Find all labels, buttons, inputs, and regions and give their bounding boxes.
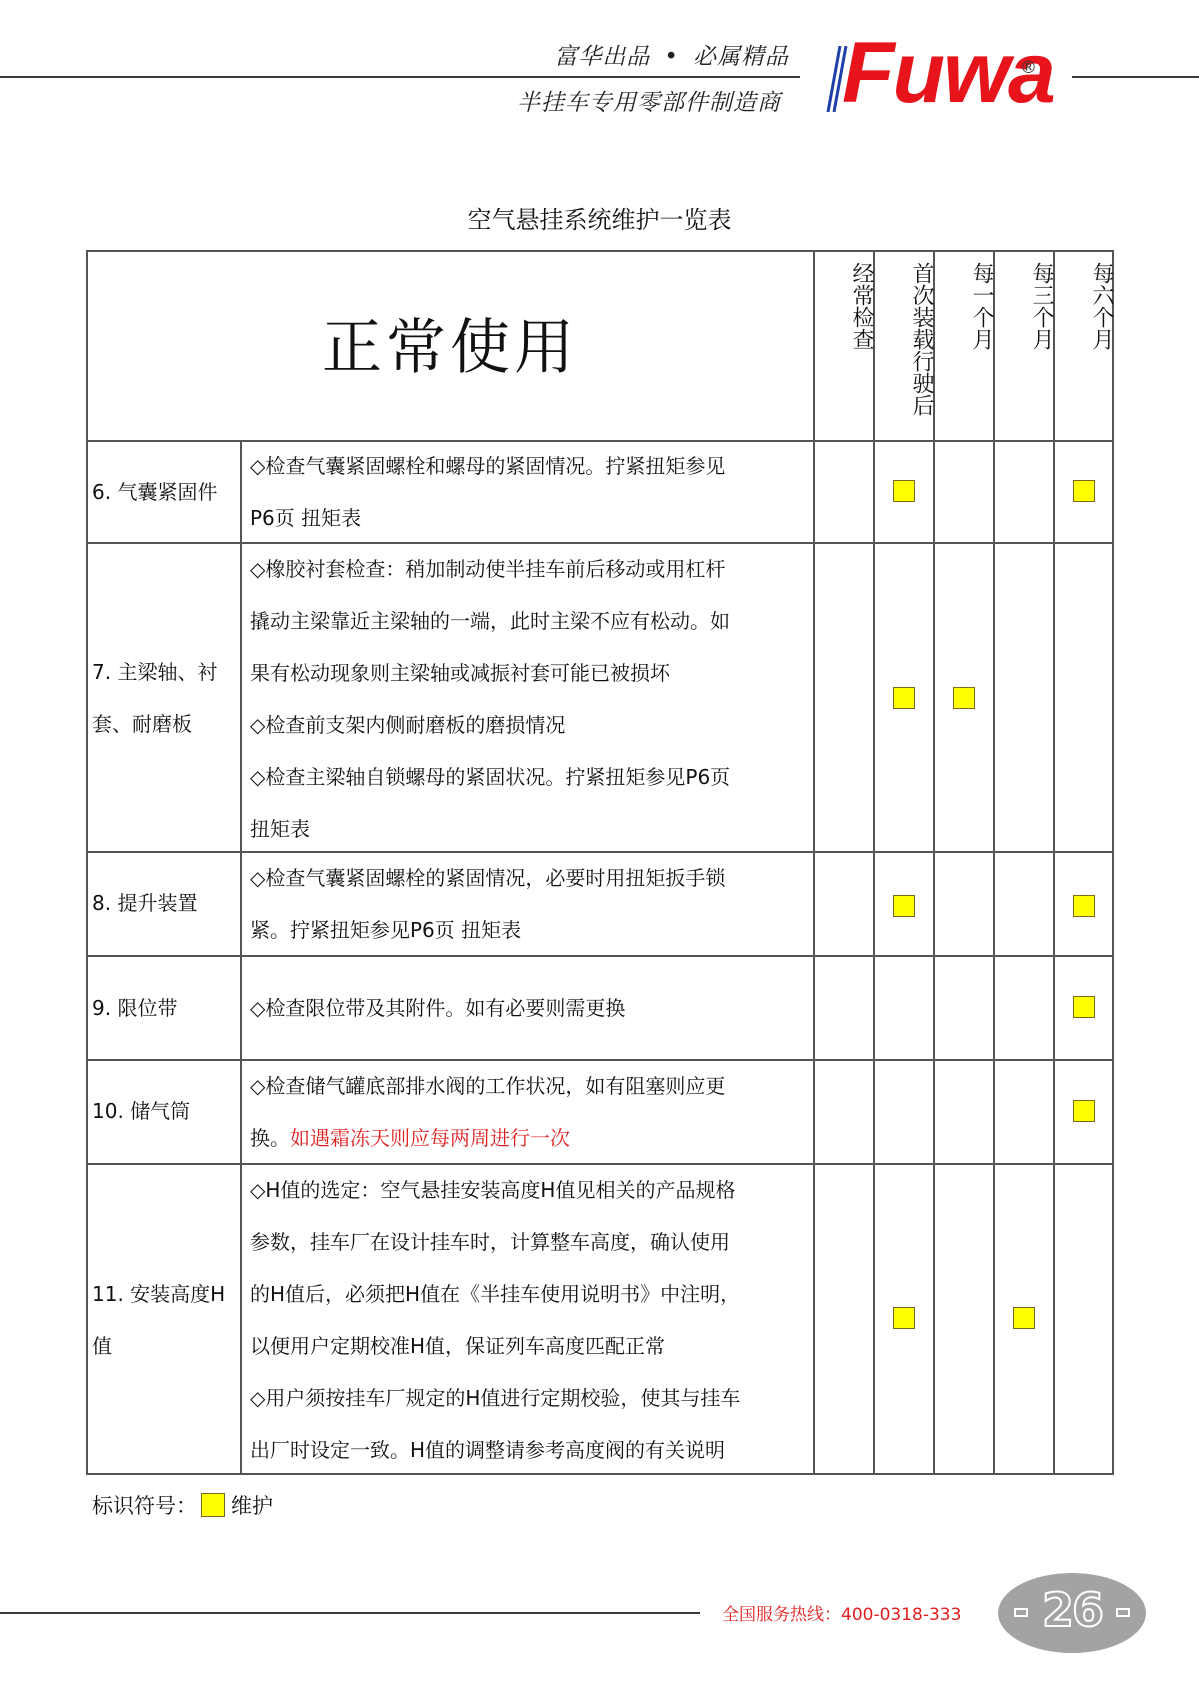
maintenance-mark xyxy=(1073,895,1095,917)
legend-mark-icon xyxy=(201,1493,225,1517)
service-hotline: 全国服务热线：400-0318-333 xyxy=(722,1600,961,1625)
item-text: 7. 主梁轴、衬套、耐磨板 xyxy=(92,660,217,736)
footer-rule xyxy=(0,1612,700,1614)
description-line: ◇检查前支架内侧耐磨板的磨损情况 xyxy=(250,699,808,751)
description-line: 撬动主梁靠近主梁轴的一端，此时主梁不应有松动。如 xyxy=(250,595,808,647)
column-header-first-trip: 首次装载行驶后 xyxy=(874,262,934,416)
maintenance-mark xyxy=(893,687,915,709)
tagline: 半挂车专用零部件制造商 xyxy=(517,84,781,117)
slogan-left: 富华出品 xyxy=(554,44,650,70)
column-header-regular: 经常检查 xyxy=(814,262,874,350)
maintenance-mark xyxy=(1073,1100,1095,1122)
registered-mark: ® xyxy=(1020,58,1037,78)
description-line: 换。如遇霜冻天则应每两周进行一次 xyxy=(250,1112,808,1164)
legend-label: 标识符号： xyxy=(92,1490,197,1520)
legend-meaning: 维护 xyxy=(231,1490,273,1520)
maintenance-mark xyxy=(953,687,975,709)
header-rule-left xyxy=(0,76,800,78)
maintenance-mark xyxy=(1013,1307,1035,1329)
column-header-semiannual: 每六个月 xyxy=(1054,262,1114,350)
description-line: ◇检查气囊紧固螺栓和螺母的紧固情况。拧紧扭矩参见 xyxy=(250,440,808,492)
description-line: ◇检查储气罐底部排水阀的工作状况，如有阻塞则应更 xyxy=(250,1060,808,1112)
description-line: 果有松动现象则主梁轴或减振衬套可能已被损坏 xyxy=(250,647,808,699)
badge-square-icon xyxy=(1116,1608,1130,1617)
description-line: ◇用户须按挂车厂规定的H值进行定期校验，使其与挂车 xyxy=(250,1372,808,1424)
maintenance-mark xyxy=(1073,480,1095,502)
maintenance-mark xyxy=(893,895,915,917)
slogan-right: 必属精品 xyxy=(693,44,789,70)
description-line: 以便用户定期校准H值，保证列车高度匹配正常 xyxy=(250,1320,808,1372)
page-number-badge: 26 xyxy=(998,1573,1146,1653)
table-row-item: 9. 限位带 xyxy=(92,982,236,1034)
description-line: ◇检查限位带及其附件。如有必要则需更换 xyxy=(250,982,808,1034)
table-divider xyxy=(873,250,875,1475)
legend: 标识符号： 维护 xyxy=(92,1490,273,1520)
table-row-description: ◇检查限位带及其附件。如有必要则需更换 xyxy=(250,982,808,1034)
table-divider xyxy=(240,441,242,1475)
table-row-item: 10. 储气筒 xyxy=(92,1085,236,1137)
description-line: 出厂时设定一致。H值的调整请参考高度阀的有关说明 xyxy=(250,1424,808,1476)
fuwa-logo: Fuwa ® xyxy=(826,34,1046,116)
slogan: 富华出品•必属精品 xyxy=(554,38,789,71)
maintenance-mark xyxy=(893,1307,915,1329)
frost-warning: 如遇霜冻天则应每两周进行一次 xyxy=(290,1126,570,1150)
description-line: 参数，挂车厂在设计挂车时，计算整车高度，确认使用 xyxy=(250,1216,808,1268)
table-row-item: 7. 主梁轴、衬套、耐磨板 xyxy=(92,646,236,750)
table-divider xyxy=(813,250,815,1475)
description-line: 紧。拧紧扭矩参见P6页 扭矩表 xyxy=(250,904,808,956)
table-divider xyxy=(993,250,995,1475)
column-header-quarterly: 每三个月 xyxy=(994,262,1054,350)
table-row-description: ◇检查气囊紧固螺栓的紧固情况，必要时用扭矩扳手锁 紧。拧紧扭矩参见P6页 扭矩表 xyxy=(250,852,808,956)
description-line: 的H值后，必须把H值在《半挂车使用说明书》中注明， xyxy=(250,1268,808,1320)
description-text: 换。 xyxy=(250,1126,290,1150)
description-line: ◇H值的选定：空气悬挂安装高度H值见相关的产品规格 xyxy=(250,1164,808,1216)
description-line: ◇检查主梁轴自锁螺母的紧固状况。拧紧扭矩参见P6页 xyxy=(250,751,808,803)
slogan-dot: • xyxy=(664,44,679,70)
table-row-item: 6. 气囊紧固件 xyxy=(92,466,236,518)
maintenance-mark xyxy=(1073,996,1095,1018)
table-row-description: ◇橡胶衬套检查：稍加制动使半挂车前后移动或用杠杆 撬动主梁靠近主梁轴的一端，此时… xyxy=(250,543,808,855)
table-row-description: ◇检查储气罐底部排水阀的工作状况，如有阻塞则应更 换。如遇霜冻天则应每两周进行一… xyxy=(250,1060,808,1164)
table-row-description: ◇检查气囊紧固螺栓和螺母的紧固情况。拧紧扭矩参见 P6页 扭矩表 xyxy=(250,440,808,544)
table-row-description: ◇H值的选定：空气悬挂安装高度H值见相关的产品规格 参数，挂车厂在设计挂车时，计… xyxy=(250,1164,808,1476)
description-line: ◇橡胶衬套检查：稍加制动使半挂车前后移动或用杠杆 xyxy=(250,543,808,595)
description-line: P6页 扭矩表 xyxy=(250,492,808,544)
table-divider xyxy=(1053,250,1055,1475)
description-line: ◇检查气囊紧固螺栓的紧固情况，必要时用扭矩扳手锁 xyxy=(250,852,808,904)
table-row-item: 11. 安装高度H值 xyxy=(92,1268,236,1372)
table-row-item: 8. 提升装置 xyxy=(92,877,236,929)
header-rule-right xyxy=(1072,76,1199,78)
document-title: 空气悬挂系统维护一览表 xyxy=(0,200,1199,235)
section-heading: 正常使用 xyxy=(86,300,814,386)
table-divider xyxy=(933,250,935,1475)
maintenance-mark xyxy=(893,480,915,502)
description-line: 扭矩表 xyxy=(250,803,808,855)
column-header-monthly: 每一个月 xyxy=(934,262,994,350)
